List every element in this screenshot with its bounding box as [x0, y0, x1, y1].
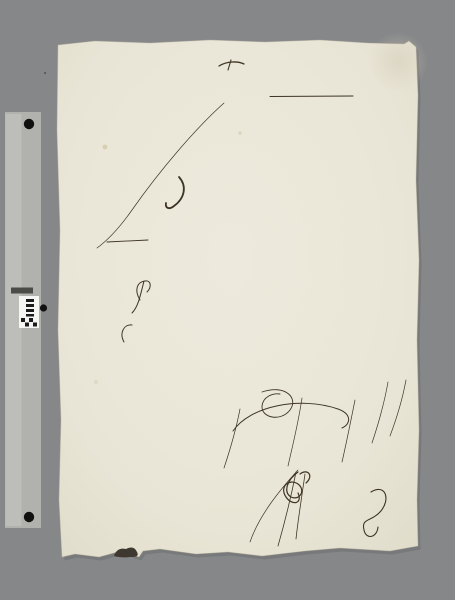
- target-check: [21, 318, 25, 322]
- corner-age-tint: [368, 32, 428, 92]
- color-calibration-bar: [5, 112, 47, 528]
- foxing-spot: [103, 145, 108, 150]
- target-check: [33, 323, 37, 327]
- registration-dot-top-icon: [24, 119, 34, 129]
- target-check: [25, 323, 29, 327]
- registration-dot-bottom-icon: [24, 512, 34, 522]
- target-bar: [26, 309, 34, 312]
- header-rule: [270, 96, 353, 97]
- photograph-stage: [0, 0, 455, 600]
- target-header-bar: [11, 288, 33, 294]
- target-bar: [26, 314, 34, 317]
- target-check: [29, 318, 33, 322]
- foxing-spot: [94, 380, 98, 384]
- foxing-spot: [238, 131, 242, 135]
- manuscript-photo-scene: [0, 0, 455, 600]
- paper-sheet: [57, 40, 419, 557]
- target-bar: [26, 304, 34, 307]
- target-bar: [26, 299, 34, 302]
- background-speck: [44, 72, 46, 74]
- registration-dot-mid-icon: [40, 304, 47, 311]
